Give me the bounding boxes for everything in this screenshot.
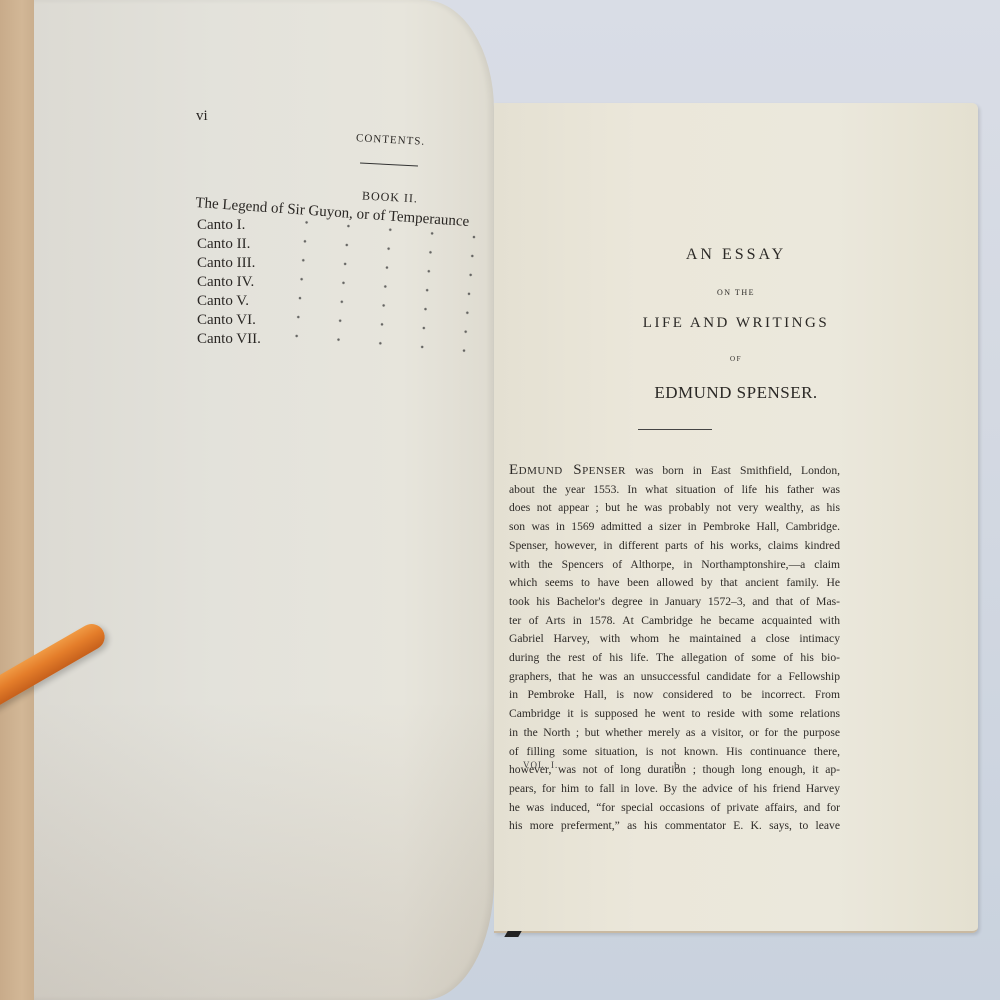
title-life-and-writings: LIFE AND WRITINGS	[494, 315, 978, 332]
canto-item: Canto IV.	[197, 273, 261, 292]
body-line: Spenser, however, in different parts of …	[509, 537, 840, 556]
body-line: his more preferment,” as his commentator…	[509, 817, 840, 836]
body-line: about the year 1553. In what situation o…	[509, 481, 840, 500]
volume-mark: VOL. I.	[523, 760, 558, 770]
body-line: took his Bachelor's degree in January 15…	[509, 593, 840, 612]
title-on-the: ON THE	[494, 288, 978, 297]
body-line: in Pembroke Hall, is now considered to b…	[509, 686, 840, 705]
body-line: does not appear ; but he was probably no…	[509, 499, 840, 518]
body-line: graphers, that he was an unsuccessful ca…	[509, 668, 840, 687]
page-number: vi	[196, 108, 208, 125]
bookmark-ribbon	[504, 931, 521, 937]
body-line: pears, for him to fall in love. By the a…	[509, 780, 840, 799]
canto-item: Canto V.	[197, 292, 261, 311]
body-line-text: was born in East Smithfield, London,	[626, 464, 840, 477]
essay-body: Edmund Spenser was born in East Smithfie…	[509, 461, 840, 836]
title-rule	[638, 429, 712, 430]
canto-item: Canto II.	[197, 235, 261, 254]
photo-scene: vi CONTENTS. BOOK II. The Legend of Sir …	[0, 0, 1000, 1000]
body-line: of filling some situation, is not known.…	[509, 743, 840, 762]
canto-item: Canto III.	[197, 254, 261, 273]
essay-title: AN ESSAY	[494, 246, 978, 264]
canto-list: Canto I. Canto II. Canto III. Canto IV. …	[197, 216, 261, 349]
canto-item: Canto VI.	[197, 311, 261, 330]
body-line: he was induced, “for special occasions o…	[509, 799, 840, 818]
book-cover-edge	[0, 0, 36, 1000]
body-line: Edmund Spenser was born in East Smithfie…	[509, 461, 840, 481]
body-line: which seems to have been allowed by that…	[509, 574, 840, 593]
body-line: Gabriel Harvey, with whom he maintained …	[509, 630, 840, 649]
opening-name: Edmund Spenser	[509, 462, 626, 478]
body-line: Cambridge it is supposed he went to resi…	[509, 705, 840, 724]
canto-item: Canto VII.	[197, 330, 261, 349]
body-line: during the rest of his life. The allegat…	[509, 649, 840, 668]
author-name: EDMUND SPENSER.	[494, 383, 978, 403]
leader-dots	[274, 211, 495, 369]
canto-item: Canto I.	[197, 216, 261, 235]
body-line: ter of Arts in 1578. At Cambridge he bec…	[509, 612, 840, 631]
body-line: with the Spencers of Althorpe, in Northa…	[509, 556, 840, 575]
left-page	[34, 0, 494, 1000]
body-line: in the North ; but whether merely as a v…	[509, 724, 840, 743]
title-of: OF	[494, 355, 978, 363]
book-heading: BOOK II.	[362, 189, 419, 207]
signature-mark: b	[674, 760, 681, 772]
body-line: son was in 1569 admitted a sizer in Pemb…	[509, 518, 840, 537]
